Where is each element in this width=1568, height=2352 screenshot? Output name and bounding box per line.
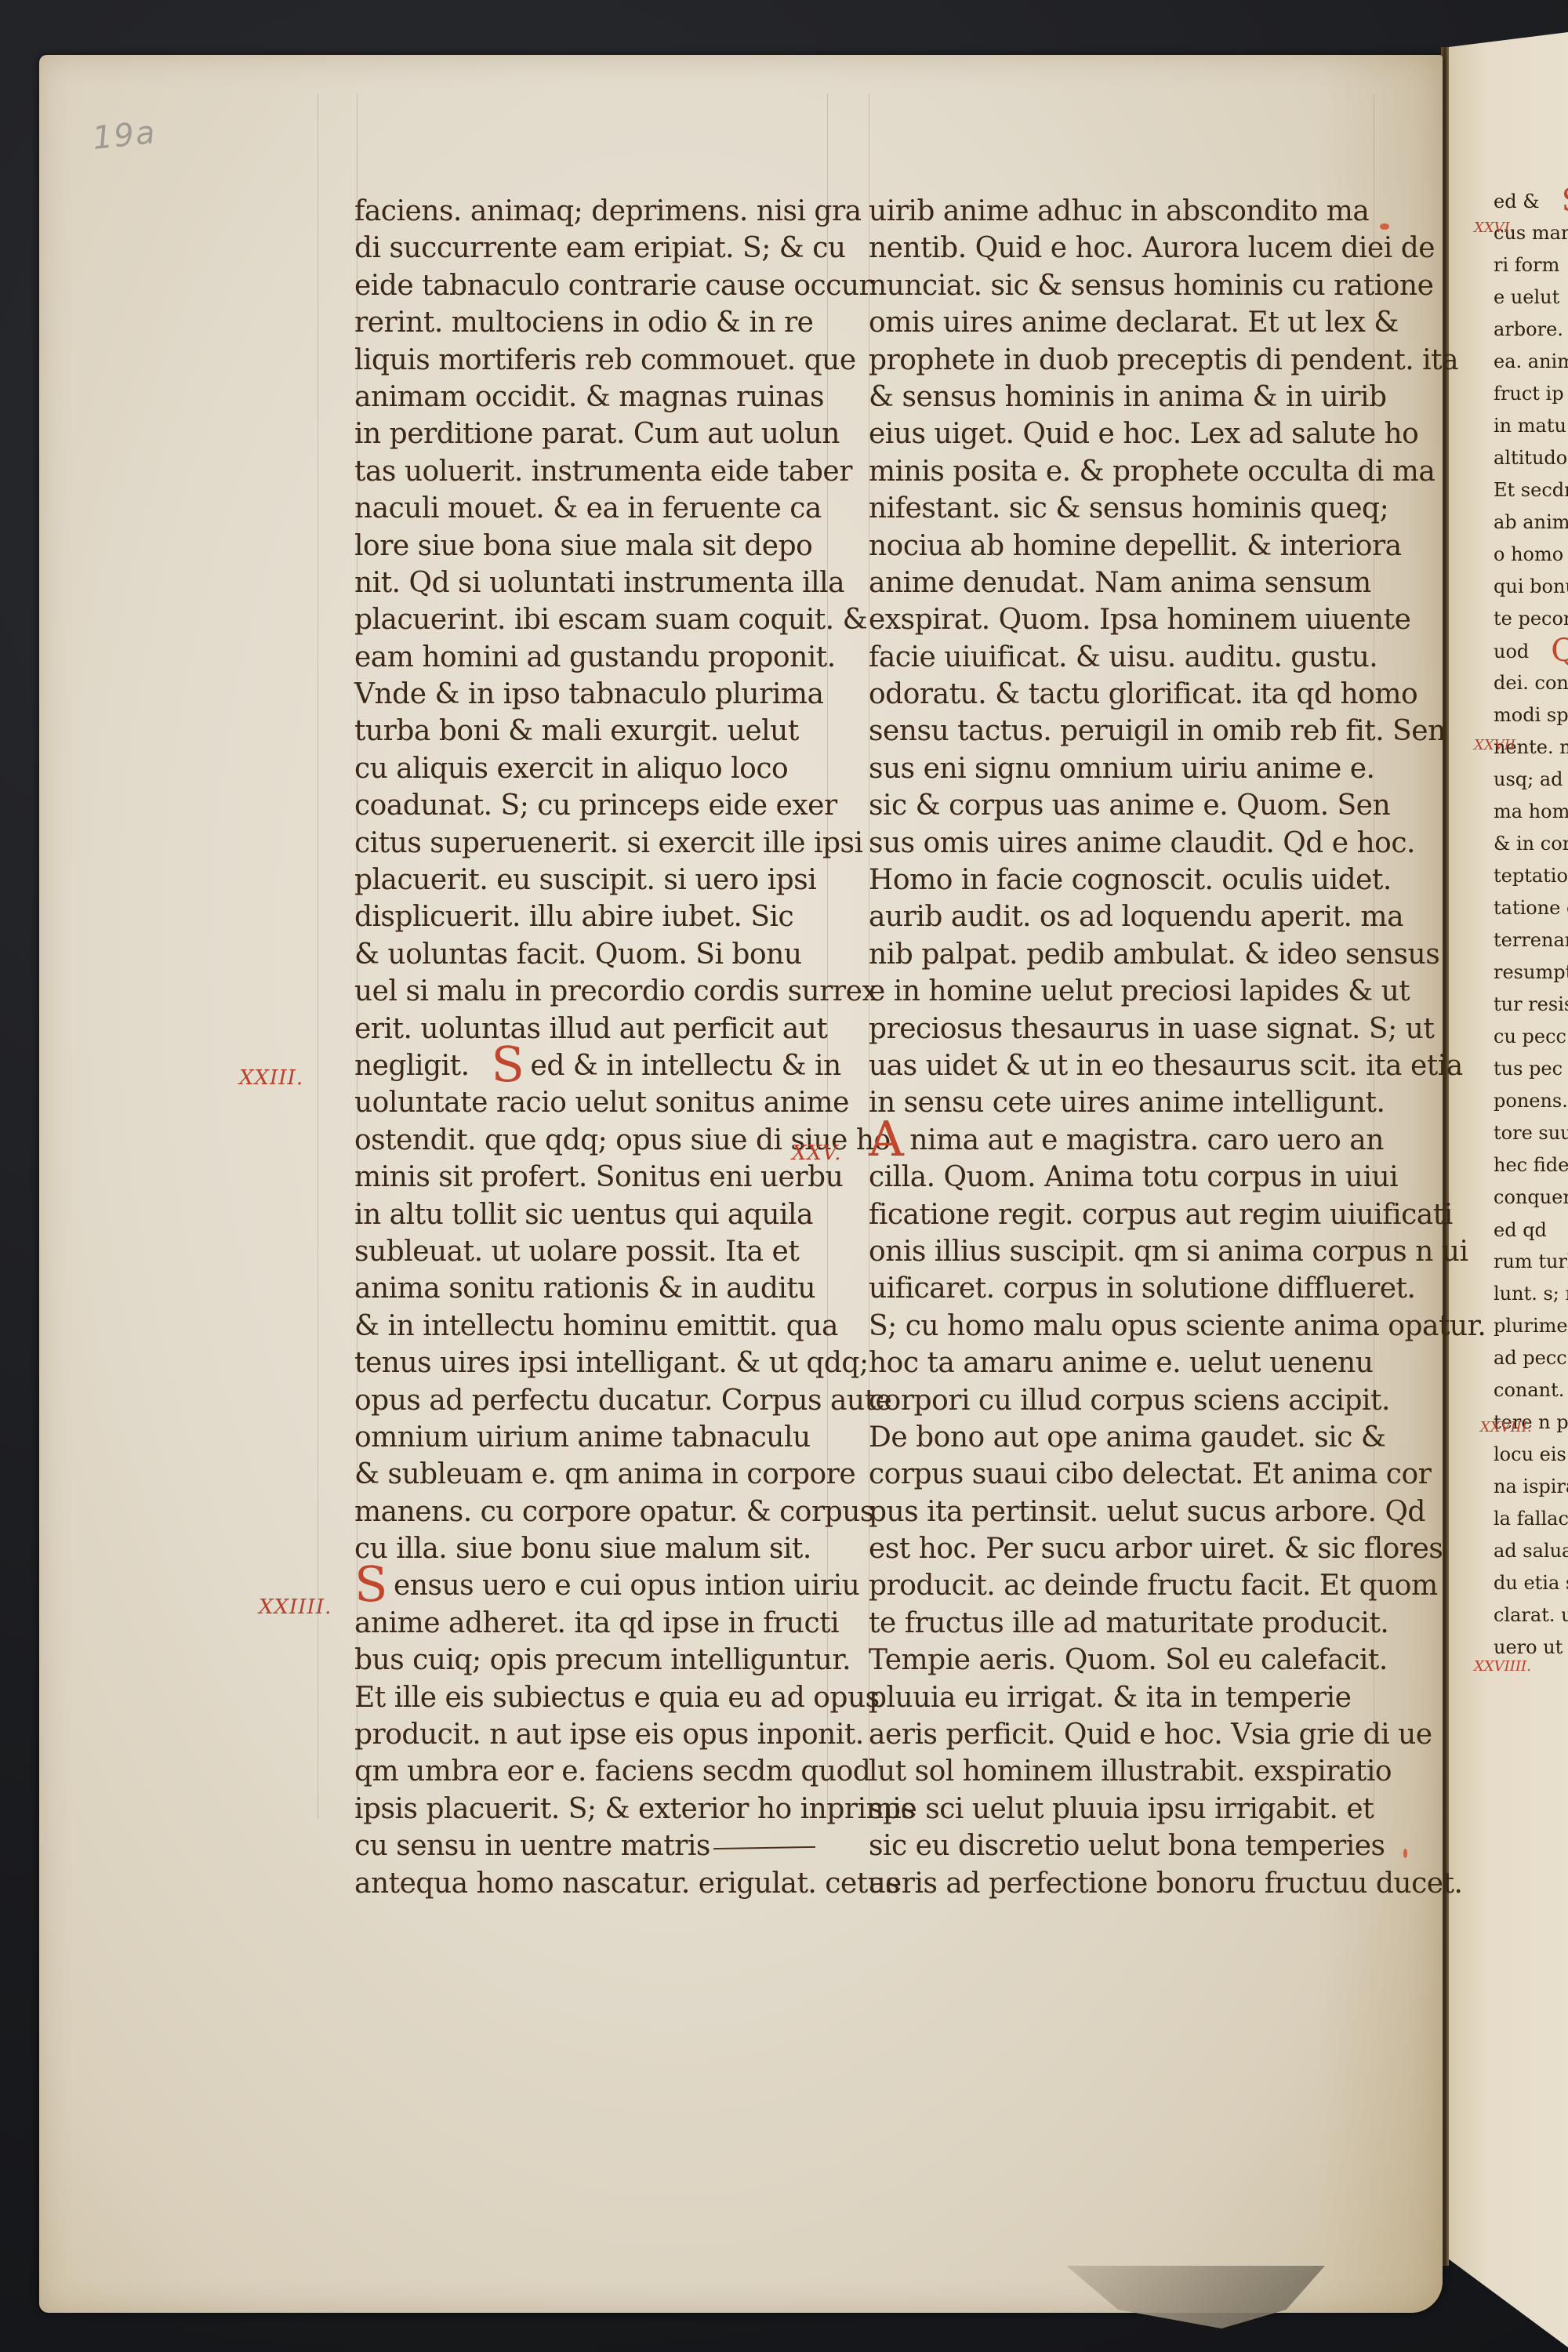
- line-text: te pecori: [1494, 608, 1568, 630]
- text-line: antequa homo nascatur. erigulat. cetus: [354, 1865, 825, 1902]
- line-text: conant. s;: [1494, 1379, 1568, 1401]
- text-line: minis sit profert. Sonitus eni uerbu: [354, 1159, 825, 1196]
- line-text: cu pecc: [1494, 1025, 1566, 1047]
- text-line: faciens. animaq; deprimens. nisi gra: [354, 193, 825, 230]
- line-text: altitudo: [1494, 447, 1567, 469]
- line-text: naculi mouet. & ea in feruente ca: [354, 492, 822, 524]
- line-text: tas uoluerit. instrumenta eide taber: [354, 456, 852, 488]
- text-line: Vnde & in ipso tabnaculo plurima: [354, 676, 825, 713]
- text-line: in altu tollit sic uentus qui aquila: [354, 1196, 825, 1233]
- text-line: hec fideli: [1494, 1149, 1568, 1181]
- line-text: Tempie aeris. Quom. Sol eu calefacit.: [869, 1644, 1388, 1676]
- line-text: hec fideli: [1494, 1154, 1568, 1176]
- facing-page-text: ed &Sed &cus marri forme uelutarbore. ue…: [1494, 185, 1568, 1664]
- text-line: lore siue bona siue mala sit depo: [354, 528, 825, 564]
- text-line: omis uires anime declarat. Et ut lex &: [869, 304, 1370, 341]
- line-text: negligit.: [354, 1050, 470, 1082]
- line-text: omis uires anime declarat. Et ut lex &: [869, 307, 1399, 339]
- line-text: qm umbra eor e. faciens secdm quod: [354, 1755, 870, 1788]
- text-line: sic eu discretio uelut bona temperies: [869, 1828, 1370, 1864]
- line-text: eius uiget. Quid e hoc. Lex ad salute ho: [869, 418, 1418, 450]
- line-text: rum turb: [1494, 1250, 1568, 1272]
- text-line: subleuat. ut uolare possit. Ita et: [354, 1233, 825, 1270]
- line-text: coadunat. S; cu princeps eide exer: [354, 789, 837, 822]
- line-text: te fructus ille ad maturitate producit.: [869, 1607, 1388, 1639]
- text-line: sic & corpus uas anime e. Quom. Sen: [869, 787, 1370, 824]
- text-line: ficatione regit. corpus aut regim uiuifi…: [869, 1196, 1370, 1233]
- text-line: Et ille eis subiectus e quia eu ad opus: [354, 1679, 825, 1716]
- line-text: teptation: [1494, 865, 1568, 887]
- text-line: teptation: [1494, 860, 1568, 892]
- line-text: uel si malu in precordio cordis surrex: [354, 975, 877, 1007]
- text-line: dei. confi: [1494, 667, 1568, 699]
- line-text: minis posita e. & prophete occulta di ma: [869, 456, 1435, 488]
- text-line: qm umbra eor e. faciens secdm quod: [354, 1753, 825, 1790]
- line-text: nib palpat. pedib ambulat. & ideo sensus: [869, 938, 1439, 971]
- line-text: pus ita pertinsit. uelut sucus arbore. Q…: [869, 1496, 1425, 1528]
- chapter-number-xxiiii: XXIIII.: [259, 1595, 332, 1619]
- line-text: rerint. multociens in odio & in re: [354, 307, 813, 339]
- text-line: prophete in duob preceptis di pendent. i…: [869, 342, 1370, 379]
- facing-chapter-xxviii: XXVIII.: [1480, 1419, 1532, 1436]
- line-text: modi spa: [1494, 704, 1568, 726]
- line-text: exspirat. Quom. Ipsa hominem uiuente: [869, 604, 1410, 636]
- text-line: nociua ab homine depellit. & interiora: [869, 528, 1370, 564]
- line-text: aeris perficit. Quid e hoc. Vsia grie di…: [869, 1719, 1432, 1751]
- text-line: negligit.Sed & in intellectu & in: [354, 1047, 825, 1084]
- line-text: minis sit profert. Sonitus eni uerbu: [354, 1161, 843, 1193]
- line-text: qui bonu: [1494, 575, 1568, 597]
- facing-chapter-xxvii: XXVII: [1474, 737, 1515, 753]
- line-text: tatione ca: [1494, 897, 1568, 919]
- text-line: altitudo: [1494, 442, 1568, 474]
- line-text: aeris ad perfectione bonoru fructuu duce…: [869, 1867, 1462, 1900]
- line-text: & sensus hominis in anima & in uirib: [869, 381, 1387, 413]
- text-line: & subleuam e. qm anima in corpore: [354, 1456, 825, 1493]
- text-line: placuerit. eu suscipit. si uero ipsi: [354, 862, 825, 898]
- text-line: e uelut: [1494, 281, 1568, 314]
- text-line: Homo in facie cognoscit. oculis uidet.: [869, 862, 1370, 898]
- line-text: nima aut e magistra. caro uero an: [909, 1124, 1384, 1156]
- line-text: nentib. Quid e hoc. Aurora lucem diei de: [869, 232, 1435, 264]
- line-text: uoluntate racio uelut sonitus anime: [354, 1087, 849, 1119]
- text-line: anima sonitu rationis & in auditu: [354, 1270, 825, 1307]
- line-text: cu illa. siue bonu siue malum sit.: [354, 1533, 811, 1565]
- line-text: aurib audit. os ad loquendu aperit. ma: [869, 901, 1403, 933]
- text-line: rerint. multociens in odio & in re: [354, 304, 825, 341]
- text-line: eam homini ad gustandu proponit.: [354, 639, 825, 676]
- line-text: ad saluato: [1494, 1540, 1568, 1562]
- text-line: clarat. ut p: [1494, 1599, 1568, 1632]
- line-text: hoc ta amaru anime e. uelut uenenu: [869, 1347, 1373, 1379]
- text-line: nentib. Quid e hoc. Aurora lucem diei de: [869, 230, 1370, 267]
- text-line: sus eni signu omnium uiriu anime e.: [869, 750, 1370, 787]
- line-text: e in homine uelut preciosi lapides & ut: [869, 975, 1410, 1007]
- line-text: sensu tactus. peruigil in omib reb fit. …: [869, 715, 1446, 747]
- text-line: ri form: [1494, 249, 1568, 281]
- text-line: ipsis placuerit. S; & exterior ho inprim…: [354, 1791, 825, 1828]
- text-line: qui bonu: [1494, 571, 1568, 603]
- line-text: terrenar. ce: [1494, 929, 1568, 951]
- line-text: in altu tollit sic uentus qui aquila: [354, 1199, 813, 1231]
- line-text: & in intellectu hominu emittit. qua: [354, 1310, 838, 1342]
- line-text: ad peccata: [1494, 1347, 1568, 1369]
- line-text: & uoluntas facit. Quom. Si bonu: [354, 938, 802, 971]
- line-text: in perditione parat. Cum aut uolun: [354, 418, 840, 450]
- text-line: arbore. u: [1494, 314, 1568, 346]
- rubricated-initial: Q: [1551, 633, 1568, 669]
- line-text: uirib anime adhuc in abscondito ma: [869, 195, 1369, 227]
- text-line: usq; ad te: [1494, 764, 1568, 796]
- line-text: na ispiratio: [1494, 1475, 1568, 1497]
- text-line: tur resist: [1494, 989, 1568, 1021]
- text-line: anime adheret. ita qd ipse in fructi: [354, 1605, 825, 1642]
- line-text: tenus uires ipsi intelligant. & ut qdq;: [354, 1347, 869, 1379]
- line-text: omnium uirium anime tabnaculu: [354, 1421, 811, 1454]
- text-line: tus pec: [1494, 1053, 1568, 1085]
- text-line: Et secdm: [1494, 474, 1568, 506]
- line-text: sus eni signu omnium uiriu anime e.: [869, 753, 1375, 785]
- text-line: liquis mortiferis reb commouet. que: [354, 342, 825, 379]
- line-text: resumptis: [1494, 961, 1568, 983]
- text-line: exspirat. Quom. Ipsa hominem uiuente: [869, 601, 1370, 638]
- line-text: sic & corpus uas anime e. Quom. Sen: [869, 789, 1390, 822]
- line-text: ma homi: [1494, 800, 1568, 822]
- line-text: dei. confi: [1494, 672, 1568, 694]
- text-line: uificaret. corpus in solutione diffluere…: [869, 1270, 1370, 1307]
- chapter-number-xxv: XXV.: [792, 1142, 842, 1165]
- text-line: pus ita pertinsit. uelut sucus arbore. Q…: [869, 1494, 1370, 1530]
- text-line: tore suu: [1494, 1117, 1568, 1149]
- text-line: ad saluato: [1494, 1535, 1568, 1567]
- text-line: animam occidit. & magnas ruinas: [354, 379, 825, 416]
- text-line: ed qdSed qd: [1494, 1214, 1568, 1246]
- text-line: S; cu homo malu opus sciente anima opatu…: [869, 1308, 1370, 1345]
- line-text: sic eu discretio uelut bona temperies: [869, 1830, 1385, 1862]
- line-text: di succurrente eam eripiat. S; & cu: [354, 232, 846, 264]
- line-text: ab anim: [1494, 511, 1568, 533]
- text-line: plurime d: [1494, 1310, 1568, 1342]
- line-text: la fallaciu: [1494, 1508, 1568, 1530]
- ruling-line-left-outer: [318, 94, 318, 1819]
- line-text: arbore. u: [1494, 318, 1568, 340]
- line-text: Et ille eis subiectus e quia eu ad opus: [354, 1682, 880, 1714]
- text-line: in sensu cete uires anime intelligunt.: [869, 1084, 1370, 1121]
- text-line: nifestant. sic & sensus hominis queq;: [869, 490, 1370, 527]
- line-text: ed & in intellectu & in: [531, 1050, 841, 1082]
- line-text: opus ad perfectu ducatur. Corpus aute: [354, 1385, 891, 1417]
- line-text: De bono aut ope anima gaudet. sic &: [869, 1421, 1385, 1454]
- text-column-left: faciens. animaq; deprimens. nisi gradi s…: [354, 193, 825, 1902]
- text-line: conquere: [1494, 1181, 1568, 1214]
- text-line: cilla. Quom. Anima totu corpus in uiui: [869, 1159, 1370, 1196]
- text-line: tatione ca: [1494, 892, 1568, 924]
- text-line: Tempie aeris. Quom. Sol eu calefacit.: [869, 1642, 1370, 1679]
- line-text: plurime d: [1494, 1315, 1568, 1337]
- text-line: erit. uoluntas illud aut perficit aut: [354, 1011, 825, 1047]
- text-line: corpus suaui cibo delectat. Et anima cor: [869, 1456, 1370, 1493]
- text-line: ab anim: [1494, 506, 1568, 539]
- facing-chapter-xxviiii: XXVIIII.: [1474, 1658, 1531, 1675]
- text-line: conant. s;: [1494, 1374, 1568, 1406]
- line-text: ed qd: [1494, 1219, 1547, 1241]
- text-line: terrenar. ce: [1494, 924, 1568, 956]
- line-text: preciosus thesaurus in uase signat. S; u…: [869, 1013, 1434, 1045]
- line-text: spe sci uelut pluuia ipsu irrigabit. et: [869, 1793, 1374, 1825]
- line-text: cu aliquis exercit in aliquo loco: [354, 753, 788, 785]
- text-line: eide tabnaculo contrarie cause occur: [354, 267, 825, 304]
- line-text: displicuerit. illu abire iubet. Sic: [354, 901, 793, 933]
- text-line: minis posita e. & prophete occulta di ma: [869, 453, 1370, 490]
- line-text: faciens. animaq; deprimens. nisi gra: [354, 195, 862, 227]
- line-text: sus omis uires anime claudit. Qd e hoc.: [869, 827, 1415, 859]
- text-line: & uoluntas facit. Quom. Si bonu: [354, 936, 825, 973]
- text-line: bus cuiq; opis precum intelliguntur.: [354, 1642, 825, 1679]
- text-line: nit. Qd si uoluntati instrumenta illa: [354, 564, 825, 601]
- line-text: corpus suaui cibo delectat. Et anima cor: [869, 1458, 1431, 1490]
- line-text: uod: [1494, 641, 1529, 662]
- text-line: spe sci uelut pluuia ipsu irrigabit. et: [869, 1791, 1370, 1828]
- line-text: locu eis isa: [1494, 1443, 1568, 1465]
- line-text: conquere: [1494, 1186, 1568, 1208]
- text-line: De bono aut ope anima gaudet. sic &: [869, 1419, 1370, 1456]
- line-text: ed &: [1494, 191, 1540, 212]
- text-line: manens. cu corpore opatur. & corpus: [354, 1494, 825, 1530]
- text-line: Anima aut e magistra. caro uero an: [869, 1122, 1370, 1159]
- line-text: placuerit. eu suscipit. si uero ipsi: [354, 864, 816, 896]
- text-line: locu eis isa: [1494, 1439, 1568, 1471]
- text-line: citus superuenerit. si exercit ille ipsi: [354, 825, 825, 862]
- text-line: nib palpat. pedib ambulat. & ideo sensus: [869, 936, 1370, 973]
- line-text: est hoc. Per sucu arbor uiret. & sic flo…: [869, 1533, 1443, 1565]
- text-line: aeris perficit. Quid e hoc. Vsia grie di…: [869, 1716, 1370, 1753]
- line-text: cilla. Quom. Anima totu corpus in uiui: [869, 1161, 1398, 1193]
- line-text: lunt. s; n u: [1494, 1283, 1568, 1305]
- line-text: subleuat. ut uolare possit. Ita et: [354, 1236, 799, 1268]
- line-text: producit. ac deinde fructu facit. Et quo…: [869, 1570, 1438, 1602]
- text-line: ea. anim: [1494, 346, 1568, 378]
- text-line: fruct ip: [1494, 378, 1568, 410]
- line-text: onis illius suscipit. qm si anima corpus…: [869, 1236, 1468, 1268]
- line-text: corpori cu illud corpus sciens accipit.: [869, 1385, 1390, 1417]
- line-text: tur resist: [1494, 993, 1568, 1015]
- text-line: cu sensu in uentre matris: [354, 1828, 825, 1864]
- text-line: onis illius suscipit. qm si anima corpus…: [869, 1233, 1370, 1270]
- text-line: hoc ta amaru anime e. uelut uenenu: [869, 1345, 1370, 1381]
- text-line: pluuia eu irrigat. & ita in temperie: [869, 1679, 1370, 1716]
- text-line: coadunat. S; cu princeps eide exer: [354, 787, 825, 824]
- line-text: placuerint. ibi escam suam coquit. &: [354, 604, 867, 636]
- line-text: citus superuenerit. si exercit ille ipsi: [354, 827, 863, 859]
- line-text: manens. cu corpore opatur. & corpus: [354, 1496, 874, 1528]
- text-line: opus ad perfectu ducatur. Corpus aute: [354, 1382, 825, 1419]
- line-text: eide tabnaculo contrarie cause occur: [354, 270, 872, 302]
- red-ink-mark: [1380, 223, 1389, 230]
- line-text: turba boni & mali exurgit. uelut: [354, 715, 799, 747]
- text-line: displicuerit. illu abire iubet. Sic: [354, 898, 825, 935]
- line-text: ipsis placuerit. S; & exterior ho inprim…: [354, 1793, 915, 1825]
- line-text: uas uidet & ut in eo thesaurus scit. ita…: [869, 1050, 1463, 1082]
- text-line: ed &Sed &: [1494, 185, 1568, 217]
- line-text: nociua ab homine depellit. & interiora: [869, 530, 1402, 562]
- text-line: odoratu. & tactu glorificat. ita qd homo: [869, 676, 1370, 713]
- line-text: uero ut uio: [1494, 1636, 1568, 1658]
- line-text: bus cuiq; opis precum intelliguntur.: [354, 1644, 851, 1676]
- text-line: na ispiratio: [1494, 1471, 1568, 1503]
- line-text: tus pec: [1494, 1058, 1563, 1080]
- red-ink-mark: [1403, 1849, 1407, 1858]
- line-text: anime adheret. ita qd ipse in fructi: [354, 1607, 839, 1639]
- text-line: e in homine uelut preciosi lapides & ut: [869, 973, 1370, 1010]
- line-text: ficatione regit. corpus aut regim uiuifi…: [869, 1199, 1453, 1231]
- line-text: cu sensu in uentre matris: [354, 1830, 710, 1862]
- text-line: nunciat. sic & sensus hominis cu ratione: [869, 267, 1370, 304]
- text-line: turba boni & mali exurgit. uelut: [354, 713, 825, 750]
- line-filler-stroke: [713, 1846, 815, 1849]
- line-text: tore suu: [1494, 1122, 1568, 1144]
- text-line: te fructus ille ad maturitate producit.: [869, 1605, 1370, 1642]
- line-text: clarat. ut p: [1494, 1604, 1568, 1626]
- text-line: lunt. s; n u: [1494, 1278, 1568, 1310]
- text-line: uel si malu in precordio cordis surrex: [354, 973, 825, 1010]
- chapter-number-xxiii: XXIII.: [239, 1066, 303, 1090]
- line-text: Et secdm: [1494, 479, 1568, 501]
- text-line: uoluntate racio uelut sonitus anime: [354, 1084, 825, 1121]
- line-text: S; cu homo malu opus sciente anima opatu…: [869, 1310, 1486, 1342]
- line-text: ponens.: [1494, 1090, 1568, 1112]
- line-text: anima sonitu rationis & in auditu: [354, 1272, 815, 1305]
- text-line: & in intellectu hominu emittit. qua: [354, 1308, 825, 1345]
- line-text: uificaret. corpus in solutione diffluere…: [869, 1272, 1415, 1305]
- text-line: ad peccata: [1494, 1342, 1568, 1374]
- text-line: & sensus hominis in anima & in uirib: [869, 379, 1370, 416]
- line-text: eam homini ad gustandu proponit.: [354, 641, 836, 673]
- text-line: te pecori: [1494, 603, 1568, 635]
- facing-chapter-xxvi: XXVI.: [1474, 220, 1514, 236]
- line-text: ea. anim: [1494, 350, 1568, 372]
- line-text: in matu: [1494, 415, 1566, 437]
- text-line: ma homi: [1494, 796, 1568, 828]
- line-text: animam occidit. & magnas ruinas: [354, 381, 824, 413]
- text-line: cu aliquis exercit in aliquo loco: [354, 750, 825, 787]
- text-line: ostendit. que qdq; opus siue di siue ho: [354, 1122, 825, 1159]
- line-text: & subleuam e. qm anima in corpore: [354, 1458, 855, 1490]
- text-line: naculi mouet. & ea in feruente ca: [354, 490, 825, 527]
- text-line: aurib audit. os ad loquendu aperit. ma: [869, 898, 1370, 935]
- line-text: facie uiuificat. & uisu. auditu. gustu.: [869, 641, 1377, 673]
- text-line: in matu: [1494, 410, 1568, 442]
- text-line: producit. ac deinde fructu facit. Et quo…: [869, 1567, 1370, 1604]
- text-line: lut sol hominem illustrabit. exspiratio: [869, 1753, 1370, 1790]
- text-line: uodQuod: [1494, 635, 1568, 667]
- line-text: lore siue bona siue mala sit depo: [354, 530, 812, 562]
- line-text: producit. n aut ipse eis opus inponit.: [354, 1719, 864, 1751]
- text-line: eius uiget. Quid e hoc. Lex ad salute ho: [869, 416, 1370, 452]
- text-line: sus omis uires anime claudit. Qd e hoc.: [869, 825, 1370, 862]
- text-line: uas uidet & ut in eo thesaurus scit. ita…: [869, 1047, 1370, 1084]
- line-text: ensus uero e cui opus intion uiriu: [394, 1570, 859, 1602]
- text-line: du etia sup: [1494, 1567, 1568, 1599]
- line-text: erit. uoluntas illud aut perficit aut: [354, 1013, 827, 1045]
- line-text: pluuia eu irrigat. & ita in temperie: [869, 1682, 1351, 1714]
- text-line: placuerint. ibi escam suam coquit. &: [354, 601, 825, 638]
- line-text: o homo i: [1494, 543, 1568, 565]
- text-line: sensu tactus. peruigil in omib reb fit. …: [869, 713, 1370, 750]
- text-column-right: uirib anime adhuc in abscondito manentib…: [869, 193, 1370, 1902]
- text-line: di succurrente eam eripiat. S; & cu: [354, 230, 825, 267]
- text-line: cu pecc: [1494, 1021, 1568, 1053]
- line-text: nunciat. sic & sensus hominis cu ratione: [869, 270, 1433, 302]
- text-line: anime denudat. Nam anima sensum: [869, 564, 1370, 601]
- text-line: aeris ad perfectione bonoru fructuu duce…: [869, 1865, 1370, 1902]
- line-text: Homo in facie cognoscit. oculis uidet.: [869, 864, 1392, 896]
- text-line: o homo i: [1494, 539, 1568, 571]
- text-line: tenus uires ipsi intelligant. & ut qdq;: [354, 1345, 825, 1381]
- line-text: nifestant. sic & sensus hominis queq;: [869, 492, 1388, 524]
- text-line: omnium uirium anime tabnaculu: [354, 1419, 825, 1456]
- line-text: prophete in duob preceptis di pendent. i…: [869, 344, 1458, 376]
- text-line: facie uiuificat. & uisu. auditu. gustu.: [869, 639, 1370, 676]
- text-line: la fallaciu: [1494, 1503, 1568, 1535]
- text-line: ponens.: [1494, 1085, 1568, 1117]
- text-line: producit. n aut ipse eis opus inponit.: [354, 1716, 825, 1753]
- line-text: lut sol hominem illustrabit. exspiratio: [869, 1755, 1392, 1788]
- text-line: cu illa. siue bonu siue malum sit.: [354, 1530, 825, 1567]
- text-line: rum turb: [1494, 1246, 1568, 1278]
- text-line: est hoc. Per sucu arbor uiret. & sic flo…: [869, 1530, 1370, 1567]
- line-text: fruct ip: [1494, 383, 1564, 405]
- text-line: preciosus thesaurus in uase signat. S; u…: [869, 1011, 1370, 1047]
- folio-number: 19a: [91, 114, 158, 157]
- text-line: corpori cu illud corpus sciens accipit.: [869, 1382, 1370, 1419]
- text-line: modi spa: [1494, 699, 1568, 731]
- line-text: in sensu cete uires anime intelligunt.: [869, 1087, 1385, 1119]
- line-text: liquis mortiferis reb commouet. que: [354, 344, 856, 376]
- line-text: usq; ad te: [1494, 768, 1568, 790]
- line-text: & in corpo: [1494, 833, 1568, 855]
- line-text: du etia sup: [1494, 1572, 1568, 1594]
- text-line: tas uoluerit. instrumenta eide taber: [354, 453, 825, 490]
- text-line: & in corpo: [1494, 828, 1568, 860]
- text-line: resumptis: [1494, 956, 1568, 989]
- line-text: anime denudat. Nam anima sensum: [869, 567, 1371, 599]
- text-line: uirib anime adhuc in abscondito ma: [869, 193, 1370, 230]
- line-text: antequa homo nascatur. erigulat. cetus: [354, 1867, 899, 1900]
- line-text: odoratu. & tactu glorificat. ita qd homo: [869, 678, 1417, 710]
- line-text: Vnde & in ipso tabnaculo plurima: [354, 678, 823, 710]
- line-text: nit. Qd si uoluntati instrumenta illa: [354, 567, 844, 599]
- rubricated-initial: S: [1562, 185, 1568, 219]
- line-text: ri form: [1494, 254, 1559, 276]
- text-line: Sensus uero e cui opus intion uiriu: [354, 1567, 825, 1604]
- line-text: e uelut: [1494, 286, 1559, 308]
- text-line: in perditione parat. Cum aut uolun: [354, 416, 825, 452]
